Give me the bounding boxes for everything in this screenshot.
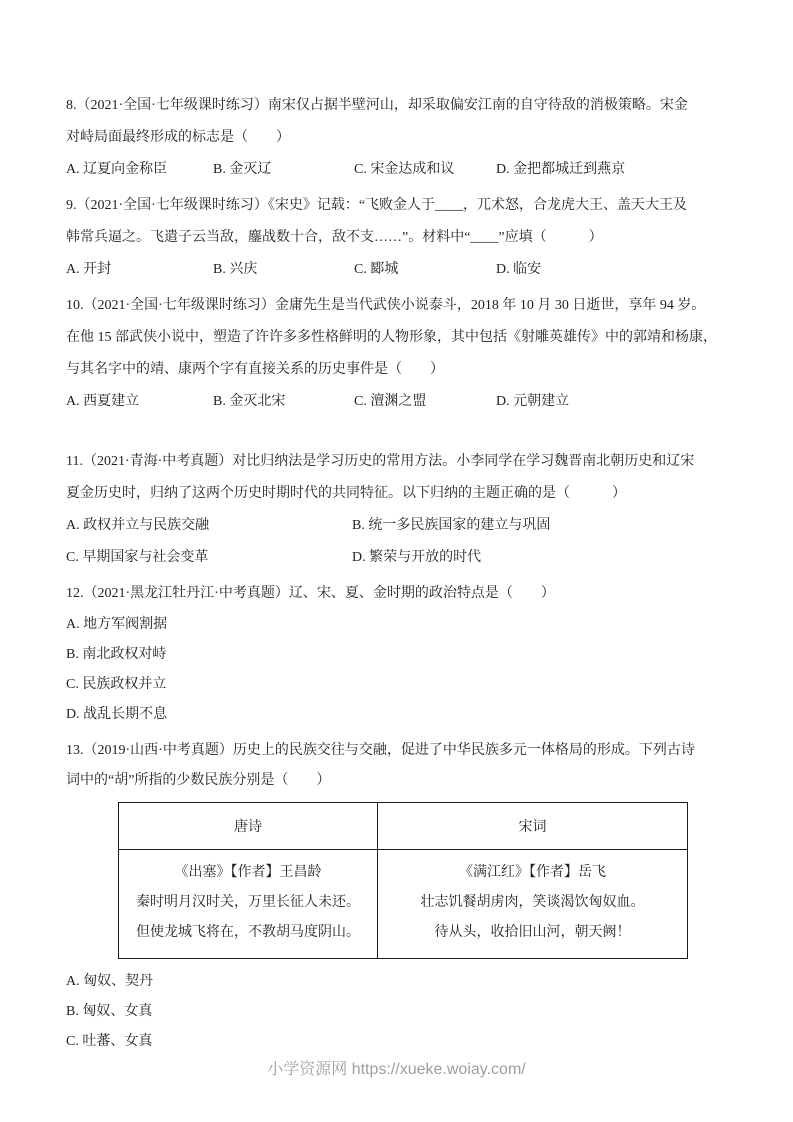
worksheet-content: 8.（2021·全国·七年级课时练习）南宋仅占据半壁河山，却采取偏安江南的自守待… [66,90,727,1061]
tang-poem-verse-1: 秦时明月汉时关，万里长征人未还。 [119,888,377,918]
question-13-option-b: B. 匈奴、女真 [66,997,727,1027]
question-11-options-row-2: C. 早期国家与社会变革 D. 繁荣与开放的时代 [66,542,727,574]
question-10-stem-line-3: 与其名字中的靖、康两个字有直接关系的历史事件是（ ） [66,354,727,386]
question-12-option-d: D. 战乱长期不息 [66,700,727,730]
question-10-option-c: C. 澶渊之盟 [354,386,496,418]
question-8-stem-line-2: 对峙局面最终形成的标志是（ ） [66,122,727,154]
question-10-option-a: A. 西夏建立 [66,386,213,418]
question-8: 8.（2021·全国·七年级课时练习）南宋仅占据半壁河山，却采取偏安江南的自守待… [66,90,727,186]
question-8-option-a: A. 辽夏向金称臣 [66,154,213,186]
question-9-option-a: A. 开封 [66,254,213,286]
question-9-stem-line-2: 韩常兵逼之。飞遣子云当敌，鏖战数十合，敌不支……”。材料中“____”应填（ ） [66,222,727,254]
poem-table-body-row: 《出塞》【作者】王昌龄 秦时明月汉时关，万里长征人未还。 但使龙城飞将在，不教胡… [119,850,688,959]
question-8-option-b: B. 金灭辽 [213,154,354,186]
question-10-stem-line-2: 在他 15 部武侠小说中，塑造了许许多多性格鲜明的人物形象，其中包括《射雕英雄传… [66,322,727,354]
question-8-options: A. 辽夏向金称臣 B. 金灭辽 C. 宋金达成和议 D. 金把都城迁到燕京 [66,154,727,186]
question-11-option-a: A. 政权并立与民族交融 [66,510,352,542]
song-poem-verse-1: 壮志饥餐胡虏肉，笑谈渴饮匈奴血。 [378,888,687,918]
question-13-option-a: A. 匈奴、契丹 [66,967,727,997]
question-9-option-d: D. 临安 [496,254,727,286]
question-9-option-b: B. 兴庆 [213,254,354,286]
poem-table-header-tang: 唐诗 [119,803,378,850]
question-12-option-c: C. 民族政权并立 [66,670,727,700]
question-10-stem-line-1: 10.（2021·全国·七年级课时练习）金庸先生是当代武侠小说泰斗，2018 年… [66,290,727,322]
question-13-options: A. 匈奴、契丹 B. 匈奴、女真 C. 吐蕃、女真 [66,967,727,1057]
poem-table-cell-tang: 《出塞》【作者】王昌龄 秦时明月汉时关，万里长征人未还。 但使龙城飞将在，不教胡… [119,850,378,959]
question-10-options: A. 西夏建立 B. 金灭北宋 C. 澶渊之盟 D. 元朝建立 [66,386,727,418]
question-9-option-c: C. 郾城 [354,254,496,286]
question-10-option-b: B. 金灭北宋 [213,386,354,418]
question-12: 12.（2021·黑龙江牡丹江·中考真题）辽、宋、夏、金时期的政治特点是（ ） … [66,578,727,730]
question-13-stem-line-1: 13.（2019·山西·中考真题）历史上的民族交往与交融，促进了中华民族多元一体… [66,736,727,766]
question-8-stem-line-1: 8.（2021·全国·七年级课时练习）南宋仅占据半壁河山，却采取偏安江南的自守待… [66,90,727,122]
question-13: 13.（2019·山西·中考真题）历史上的民族交往与交融，促进了中华民族多元一体… [66,736,727,1057]
question-10-option-d: D. 元朝建立 [496,386,727,418]
song-poem-title: 《满江红》【作者】岳飞 [378,858,687,888]
question-11-stem-line-2: 夏金历史时，归纳了这两个历史时期时代的共同特征。以下归纳的主题正确的是（ ） [66,478,727,510]
question-9: 9.（2021·全国·七年级课时练习）《宋史》记载：“飞败金人于____，兀术怒… [66,190,727,286]
question-10: 10.（2021·全国·七年级课时练习）金庸先生是当代武侠小说泰斗，2018 年… [66,290,727,418]
question-8-option-c: C. 宋金达成和议 [354,154,496,186]
song-poem-verse-2: 待从头，收拾旧山河，朝天阙！ [378,918,687,948]
question-11-option-d: D. 繁荣与开放的时代 [352,542,727,574]
poem-comparison-table: 唐诗 宋词 《出塞》【作者】王昌龄 秦时明月汉时关，万里长征人未还。 但使龙城飞… [118,802,688,959]
poem-table-header-song: 宋词 [378,803,688,850]
tang-poem-verse-2: 但使龙城飞将在，不教胡马度阴山。 [119,918,377,948]
question-11-option-b: B. 统一多民族国家的建立与巩固 [352,510,727,542]
question-13-option-c: C. 吐蕃、女真 [66,1027,727,1057]
footer-watermark: 小学资源网 https://xueke.woiay.com/ [0,1056,793,1079]
worksheet-page: 8.（2021·全国·七年级课时练习）南宋仅占据半壁河山，却采取偏安江南的自守待… [0,0,793,1122]
question-11-options-row-1: A. 政权并立与民族交融 B. 统一多民族国家的建立与巩固 [66,510,727,542]
poem-table-cell-song: 《满江红》【作者】岳飞 壮志饥餐胡虏肉，笑谈渴饮匈奴血。 待从头，收拾旧山河，朝… [378,850,688,959]
question-11: 11.（2021·青海·中考真题）对比归纳法是学习历史的常用方法。小李同学在学习… [66,446,727,574]
question-12-option-b: B. 南北政权对峙 [66,640,727,670]
question-9-stem-line-1: 9.（2021·全国·七年级课时练习）《宋史》记载：“飞败金人于____，兀术怒… [66,190,727,222]
question-12-option-a: A. 地方军阀割据 [66,610,727,640]
question-11-stem-line-1: 11.（2021·青海·中考真题）对比归纳法是学习历史的常用方法。小李同学在学习… [66,446,727,478]
question-13-stem-line-2: 词中的“胡”所指的少数民族分别是（ ） [66,766,727,796]
poem-table-header-row: 唐诗 宋词 [119,803,688,850]
question-8-option-d: D. 金把都城迁到燕京 [496,154,727,186]
question-12-stem-line-1: 12.（2021·黑龙江牡丹江·中考真题）辽、宋、夏、金时期的政治特点是（ ） [66,578,727,610]
tang-poem-title: 《出塞》【作者】王昌龄 [119,858,377,888]
question-11-option-c: C. 早期国家与社会变革 [66,542,352,574]
question-9-options: A. 开封 B. 兴庆 C. 郾城 D. 临安 [66,254,727,286]
